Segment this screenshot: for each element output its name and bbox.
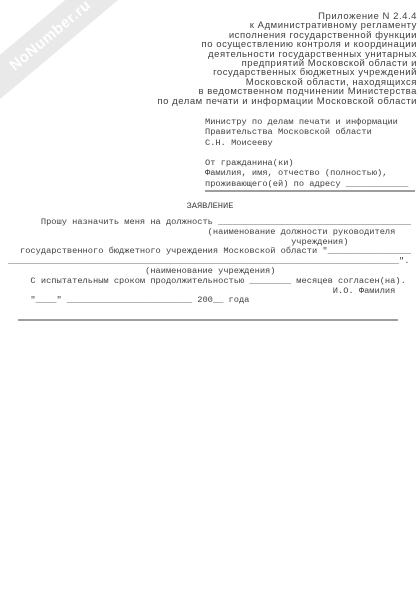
appendix-header-line: по делам печати и информации Московской …	[60, 97, 417, 106]
footer-divider	[18, 319, 398, 321]
addressee-line-blank	[205, 148, 408, 158]
addressee-line-government: Правительства Московской области	[205, 127, 408, 137]
addressee-line-fullname-hint: Фамилия, имя, отчество (полностью),	[205, 168, 408, 178]
address-blank-underline	[205, 190, 415, 192]
addressee-line-name: С.Н. Моисееву	[205, 138, 408, 148]
document-title: ЗАЯВЛЕНИЕ	[0, 201, 420, 211]
addressee-line-address: проживающего(ей) по адресу ____________	[205, 179, 408, 189]
body-line-date: "____" ________________________ 200__ го…	[20, 296, 420, 306]
application-body: Прошу назначить меня на должность ______…	[20, 218, 420, 306]
appendix-header: Приложение N 2.4.4 к Административному р…	[60, 12, 417, 106]
document-page: NoNumber.ru Приложение N 2.4.4 к Админис…	[0, 0, 420, 600]
addressee-line-ministry: Министру по делам печати и информации	[205, 117, 408, 127]
addressee-line-from-citizen: От гражданина(ки)	[205, 158, 408, 168]
addressee-block: Министру по делам печати и информации Пр…	[205, 117, 408, 189]
